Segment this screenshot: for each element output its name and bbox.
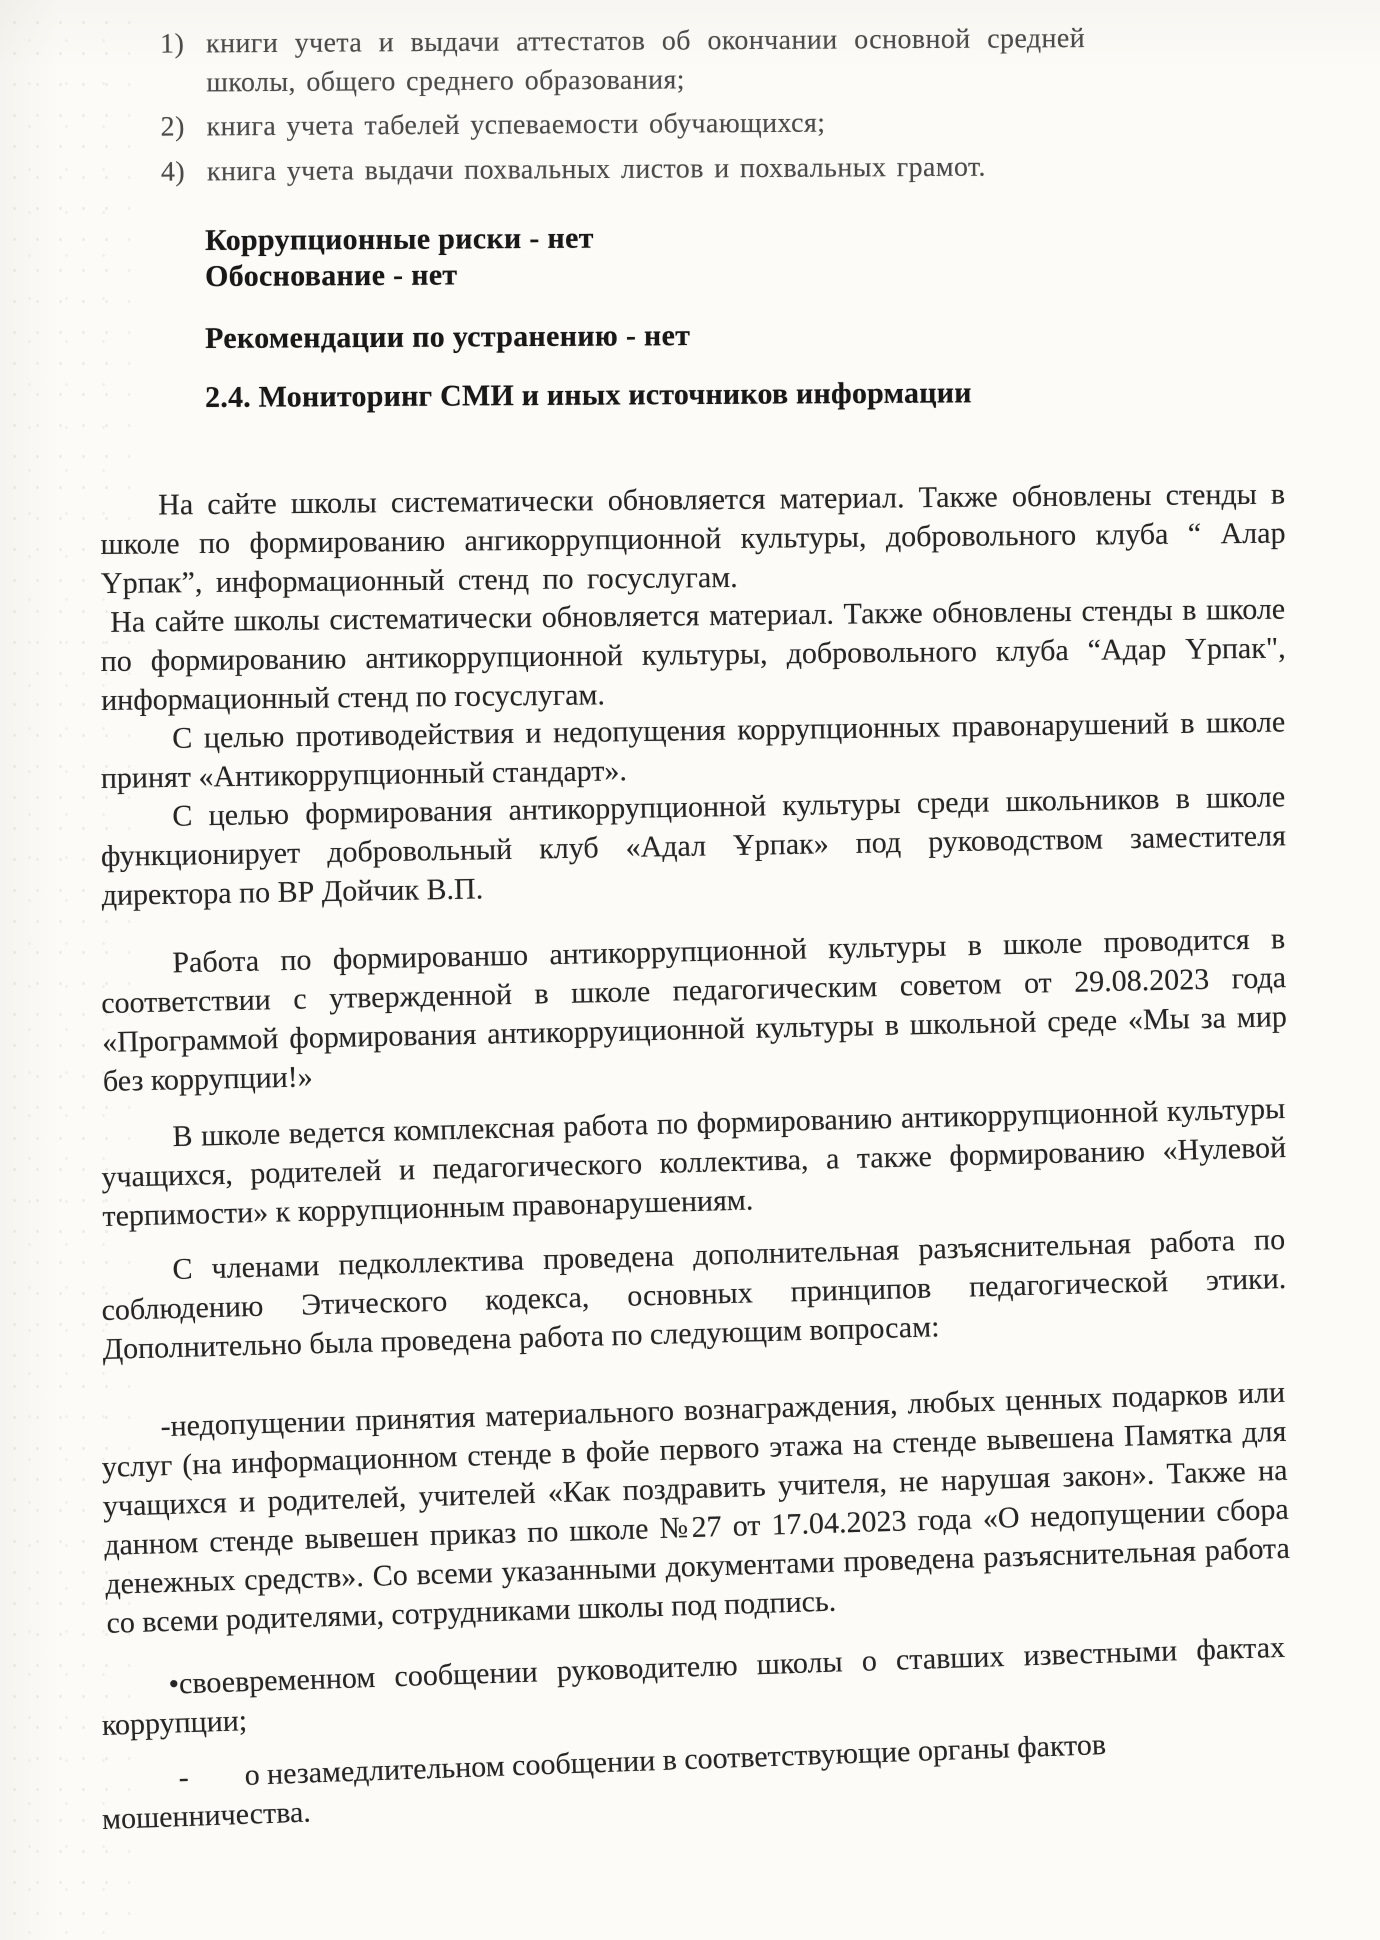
paragraph-site-updates-2: На сайте школы систематически обновляетс… xyxy=(100,590,1286,720)
paragraph-adal-urpak-club: С целью формирования антикоррупционной к… xyxy=(100,777,1287,915)
paragraph-program-2023: Работа по формированшо антикоррупционной… xyxy=(100,919,1288,1101)
list-marker: 1) xyxy=(160,25,206,64)
list-item-1: 1) книги учета и выдачи аттестатов об ок… xyxy=(160,20,1085,103)
dash-marker: - xyxy=(178,1761,189,1794)
paragraph-complex-work: В школе ведется комплексная работа по фо… xyxy=(100,1089,1288,1236)
paragraph-site-updates-1: На сайте школы систематически обновляетс… xyxy=(100,475,1286,603)
justification-line: Обоснование - нет xyxy=(205,252,1285,295)
list-marker: 2) xyxy=(161,109,207,148)
list-item-text: книга учета табелей успеваемости обучающ… xyxy=(207,103,1086,147)
list-item-2: 2) книга учета табелей успеваемости обуч… xyxy=(161,103,1086,147)
list-item-text: книга учета выдачи похвальных листов и п… xyxy=(207,148,1086,192)
list-marker: 4) xyxy=(161,153,207,192)
section-heading-2-4: 2.4. Мониторинг СМИ и иных источников ин… xyxy=(205,372,1285,416)
list-item-4: 4) книга учета выдачи похвальных листов … xyxy=(161,148,1086,192)
fraud-item-text: о незамедлительном сообщении в соответст… xyxy=(102,1728,1107,1836)
corruption-risks-line: Коррупционные риски - нет xyxy=(205,216,1285,259)
numbered-list: 1) книги учета и выдачи аттестатов об ок… xyxy=(100,20,1086,193)
scanned-document-page: 1) книги учета и выдачи аттестатов об ок… xyxy=(0,0,1380,1940)
paragraph-gifts-prohibition: -недопущении принятия материального возн… xyxy=(100,1373,1292,1643)
recommendations-line: Рекомендации по устранению - нет xyxy=(205,314,1285,357)
paragraph-pedcollective-work: С членами педколлектива проведена дополн… xyxy=(100,1220,1288,1369)
list-item-text: книги учета и выдачи аттестатов об оконч… xyxy=(206,20,1085,103)
